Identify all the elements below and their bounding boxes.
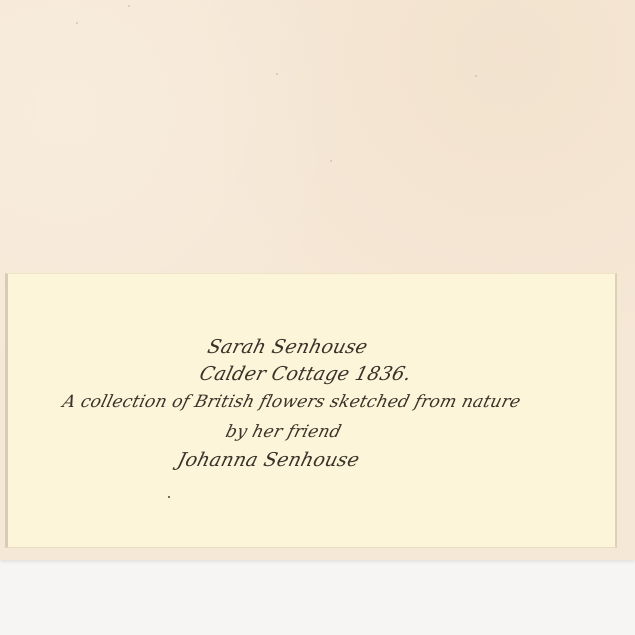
place-and-date: Calder Cottage 1836. bbox=[197, 363, 413, 385]
author-signature: Johanna Senhouse bbox=[175, 449, 362, 471]
scene: Sarah Senhouse Calder Cottage 1836. A co… bbox=[0, 0, 635, 635]
paper-speck bbox=[475, 75, 477, 77]
collection-description: A collection of British flowers sketched… bbox=[61, 392, 523, 412]
inscription-card: Sarah Senhouse Calder Cottage 1836. A co… bbox=[5, 273, 617, 548]
album-page: Sarah Senhouse Calder Cottage 1836. A co… bbox=[0, 0, 635, 560]
paper-speck bbox=[276, 73, 278, 75]
paper-speck bbox=[330, 160, 332, 162]
dedication: by her friend bbox=[224, 422, 344, 442]
paper-speck bbox=[128, 5, 130, 7]
paper-speck bbox=[76, 22, 78, 24]
recipient-name: Sarah Senhouse bbox=[205, 336, 370, 358]
ink-dot bbox=[168, 496, 170, 498]
